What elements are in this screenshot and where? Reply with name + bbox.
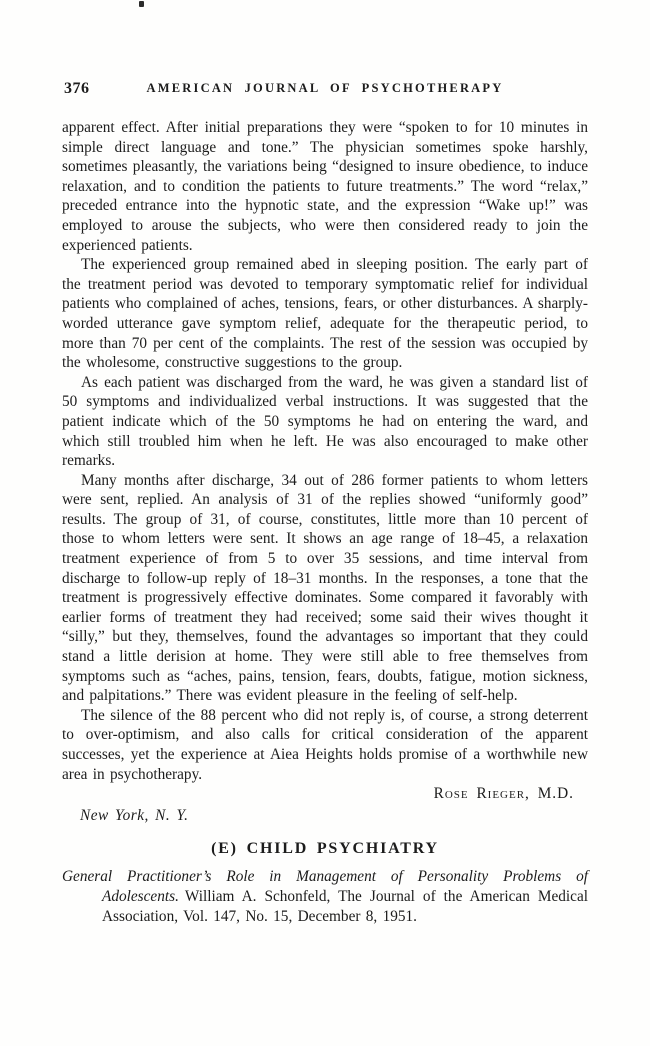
body-paragraph: Many months after discharge, 34 out of 2… (62, 471, 588, 706)
article-body: apparent effect. After initial preparati… (62, 118, 588, 784)
body-paragraph: As each patient was discharged from the … (62, 373, 588, 471)
author-signature: Rose Rieger, M.D. (62, 784, 588, 804)
section-heading: (E) CHILD PSYCHIATRY (62, 840, 588, 858)
body-paragraph: The silence of the 88 percent who did no… (62, 706, 588, 784)
body-paragraph: The experienced group remained abed in s… (62, 255, 588, 373)
scanned-journal-page: { "page": { "page_number": "376", "runni… (0, 0, 650, 1046)
running-head: AMERICAN JOURNAL OF PSYCHOTHERAPY (62, 80, 588, 96)
page-content: 376 AMERICAN JOURNAL OF PSYCHOTHERAPY ap… (0, 0, 650, 926)
page-header: 376 AMERICAN JOURNAL OF PSYCHOTHERAPY (62, 80, 588, 97)
body-paragraph: apparent effect. After initial preparati… (62, 118, 588, 255)
page-number: 376 (64, 80, 90, 98)
reference-entry: General Practitioner’s Role in Managemen… (62, 867, 588, 926)
author-location: New York, N. Y. (80, 806, 588, 826)
scan-ink-speck (139, 1, 144, 7)
